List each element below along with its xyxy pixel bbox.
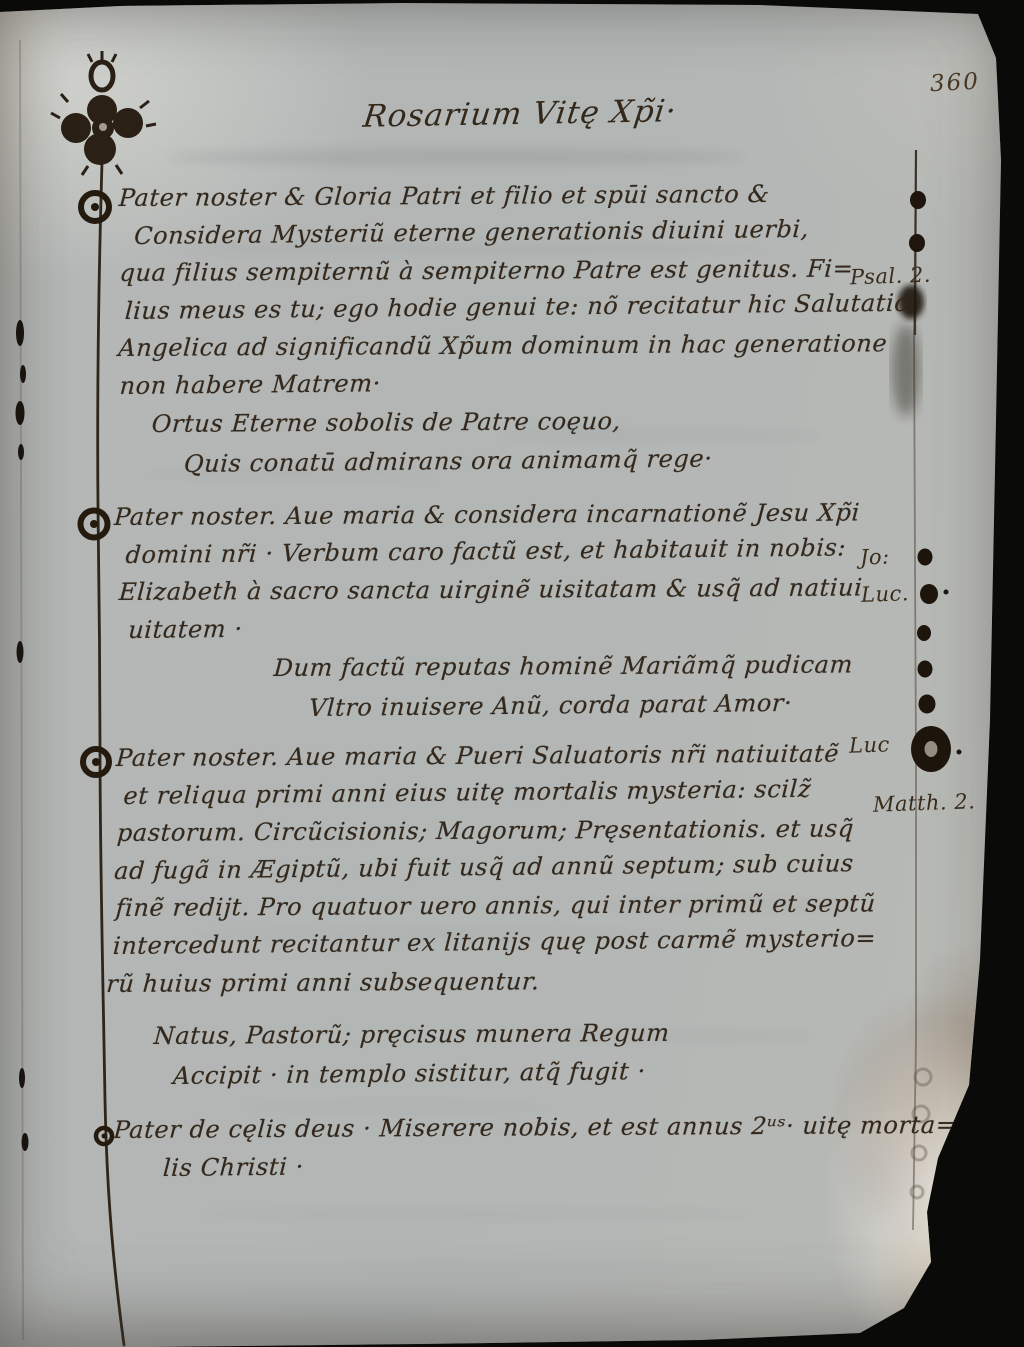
ink-showthrough-smudge <box>340 1260 760 1272</box>
margin-note-john-citation: Jo: <box>860 544 890 569</box>
verse-line: Quis conatū admirans ora animamq̃ rege· <box>182 444 713 490</box>
paragraph-2: Pater noster. Aue maria & considera inca… <box>105 503 869 653</box>
paragraph-3: Pater noster. Aue maria & Pueri Saluator… <box>99 744 890 1007</box>
margin-note-luke-citation-2: Luc <box>849 732 891 757</box>
manuscript-line: non habere Matrem· <box>118 364 905 410</box>
ink-showthrough-smudge <box>165 148 745 166</box>
page-title: Rosarium Vitę Xp̃i· <box>277 92 763 136</box>
verse-line: Vltro inuisere Anũ, corda parat Amor· <box>307 688 851 734</box>
manuscript-page: 360 Rosarium Vitę Xp̃i· Pater noster & G… <box>0 0 1024 1347</box>
manuscript-line: lis Christi · <box>162 1145 955 1191</box>
ink-showthrough-smudge <box>240 1102 560 1112</box>
manuscript-line: intercedunt recitantur ex litanijs quę p… <box>112 924 877 970</box>
manuscript-line: domini nr̃i · Verbum caro factũ est, et … <box>124 533 866 578</box>
verse-line: Dum factũ reputas hominẽ Mariãmq̃ pudica… <box>272 650 854 694</box>
margin-note-matthew-citation: Matth. 2. <box>873 789 976 817</box>
page-number: 360 <box>929 69 980 98</box>
binding-stitch-marks-icon <box>16 40 29 1340</box>
manuscript-line: rũ huius primi anni subsequentur. <box>105 965 874 1007</box>
verse-line: Ortus Eterne sobolis de Patre coęuo, <box>150 407 716 450</box>
paragraph-1: Pater noster & Gloria Patri et filio et … <box>104 184 918 410</box>
manuscript-line: ad fugã in Ægiptũ, ubi fuit usq̃ ad annũ… <box>113 849 882 895</box>
manuscript-line: lius meus es tu; ego hodie genui te: nõ … <box>124 289 911 335</box>
ink-showthrough-smudge <box>200 1208 760 1220</box>
paragraph-4: Pater de cęlis deus · Miserere nobis, et… <box>109 1116 957 1191</box>
margin-note-luke-citation: Luc. <box>861 581 910 607</box>
manuscript-line: Considera Mysteriũ eterne generationis d… <box>133 213 916 259</box>
manuscript-line: et reliqua primi anni eius uitę mortalis… <box>122 774 887 820</box>
manuscript-line: uitatem · <box>127 608 861 653</box>
scan-background: 360 Rosarium Vitę Xp̃i· Pater noster & G… <box>0 0 1024 1347</box>
verse-line: Accipit · in templo sistitur, atq̃ fugit… <box>171 1057 667 1102</box>
verse-couplet-3: Natus, Pastorũ; pręcisus munera Regum Ac… <box>149 1022 670 1102</box>
rosette-flower-icon <box>51 51 156 175</box>
verse-couplet-2: Dum factũ reputas hominẽ Mariãmq̃ pudica… <box>269 654 854 734</box>
verse-line: Natus, Pastorũ; pręcisus munera Regum <box>152 1019 670 1062</box>
verse-couplet-1: Ortus Eterne sobolis de Patre coęuo, Qui… <box>147 410 716 490</box>
margin-note-psalm-citation: Psal. 2. <box>850 263 932 290</box>
